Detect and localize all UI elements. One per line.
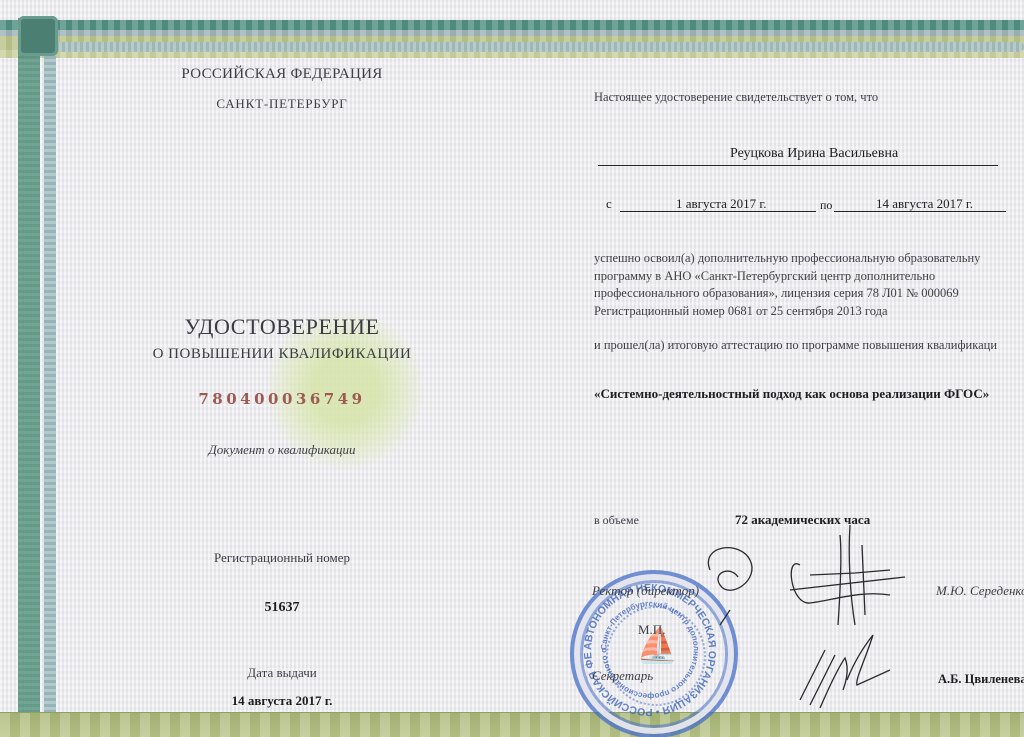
period-to-label: по	[820, 198, 832, 213]
intro-text: Настоящее удостоверение свидетельствует …	[594, 90, 878, 105]
seal-place-label: М.П.	[638, 622, 665, 638]
program-description: успешно освоил(а) дополнительную професс…	[594, 250, 1024, 320]
period-from-label: с	[606, 196, 612, 212]
secretary-label: Секретарь	[592, 668, 653, 684]
volume-value: 72 академических часа	[735, 512, 870, 528]
city-heading: САНКТ-ПЕТЕРБУРГ	[2, 96, 562, 112]
document-subtitle: О ПОВЫШЕНИИ КВАЛИФИКАЦИИ	[2, 346, 562, 363]
registration-number: 51637	[2, 600, 562, 616]
period-to-underline	[834, 211, 1006, 212]
left-ornamental-border	[18, 18, 40, 737]
period-to-date: 14 августа 2017 г.	[876, 196, 973, 212]
program-description-line: профессионального образования», лицензия…	[594, 285, 1024, 303]
left-page: РОССИЙСКАЯ ФЕДЕРАЦИЯ САНКТ-ПЕТЕРБУРГ УДО…	[60, 60, 540, 710]
document-title: УДОСТОВЕРЕНИЕ	[2, 314, 562, 340]
rector-label: Ректор (директор)	[592, 583, 699, 599]
secretary-name: А.Б. Цвиленева	[938, 672, 1024, 687]
holder-name-underline	[598, 164, 998, 166]
serial-number: 780400036749	[2, 390, 562, 408]
period-from-underline	[620, 211, 816, 212]
document-type: Документ о квалификации	[2, 442, 562, 458]
attestation-text: и прошел(ла) итоговую аттестацию по прог…	[594, 338, 997, 353]
right-page: Настоящее удостоверение свидетельствует …	[580, 0, 1024, 737]
period-from-date: 1 августа 2017 г.	[676, 196, 767, 212]
program-description-line: Регистрационный номер 0681 от 25 сентябр…	[594, 303, 1024, 321]
rector-name: М.Ю. Середенко	[936, 583, 1024, 599]
corner-ornament-icon	[18, 16, 58, 56]
program-title: «Системно-деятельностный подход как осно…	[594, 386, 989, 402]
country-heading: РОССИЙСКАЯ ФЕДЕРАЦИЯ	[2, 66, 562, 83]
issue-date-label: Дата выдачи	[2, 665, 562, 681]
issue-date: 14 августа 2017 г.	[2, 693, 562, 709]
volume-label: в объеме	[594, 513, 639, 528]
registration-number-label: Регистрационный номер	[2, 550, 562, 566]
holder-name: Реуцкова Ирина Васильевна	[730, 146, 898, 162]
program-description-line: успешно освоил(а) дополнительную професс…	[594, 250, 1024, 268]
program-description-line: программу в АНО «Санкт-Петербургский цен…	[594, 268, 1024, 286]
